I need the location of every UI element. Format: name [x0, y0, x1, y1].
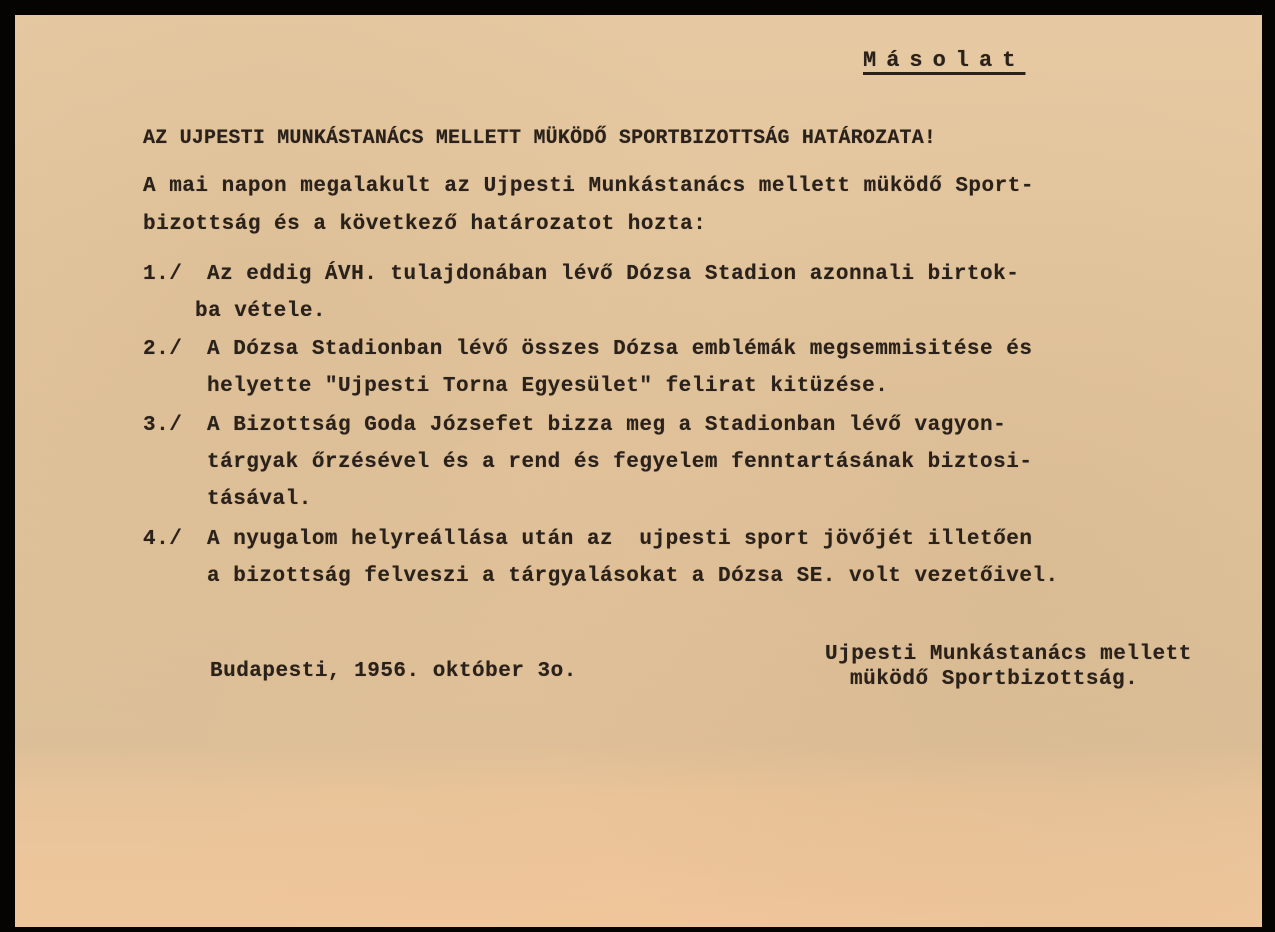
item-1-number: 1./ [143, 263, 182, 286]
item-1-line-2: ba vétele. [195, 300, 326, 323]
intro-line-2: bizottság és a következő határozatot hoz… [143, 213, 706, 236]
copy-label: Másolat [863, 48, 1025, 73]
item-3-line-3: tásával. [207, 488, 312, 511]
signature-line-2: müködő Sportbizottság. [850, 668, 1138, 691]
item-1-line-1: Az eddig ÁVH. tulajdonában lévő Dózsa St… [207, 263, 1019, 286]
intro-line-1: A mai napon megalakult az Ujpesti Munkás… [143, 175, 1034, 198]
item-3-line-1: A Bizottság Goda Józsefet bizza meg a St… [207, 414, 1006, 437]
signature-line-1: Ujpesti Munkástanács mellett [825, 643, 1192, 666]
item-2-line-1: A Dózsa Stadionban lévő összes Dózsa emb… [207, 338, 1032, 361]
document-page: Másolat AZ UJPESTI MUNKÁSTANÁCS MELLETT … [15, 15, 1262, 927]
item-4-line-1: A nyugalom helyreállása után az ujpesti … [207, 528, 1032, 551]
item-4-line-2: a bizottság felveszi a tárgyalásokat a D… [207, 565, 1059, 588]
item-3-number: 3./ [143, 414, 182, 437]
item-2-number: 2./ [143, 338, 182, 361]
document-date: Budapesti, 1956. október 3o. [210, 660, 577, 683]
item-3-line-2: tárgyak őrzésével és a rend és fegyelem … [207, 451, 1032, 474]
item-4-number: 4./ [143, 528, 182, 551]
document-heading: AZ UJPESTI MUNKÁSTANÁCS MELLETT MÜKÖDŐ S… [143, 127, 936, 150]
item-2-line-2: helyette "Ujpesti Torna Egyesület" felir… [207, 375, 888, 398]
